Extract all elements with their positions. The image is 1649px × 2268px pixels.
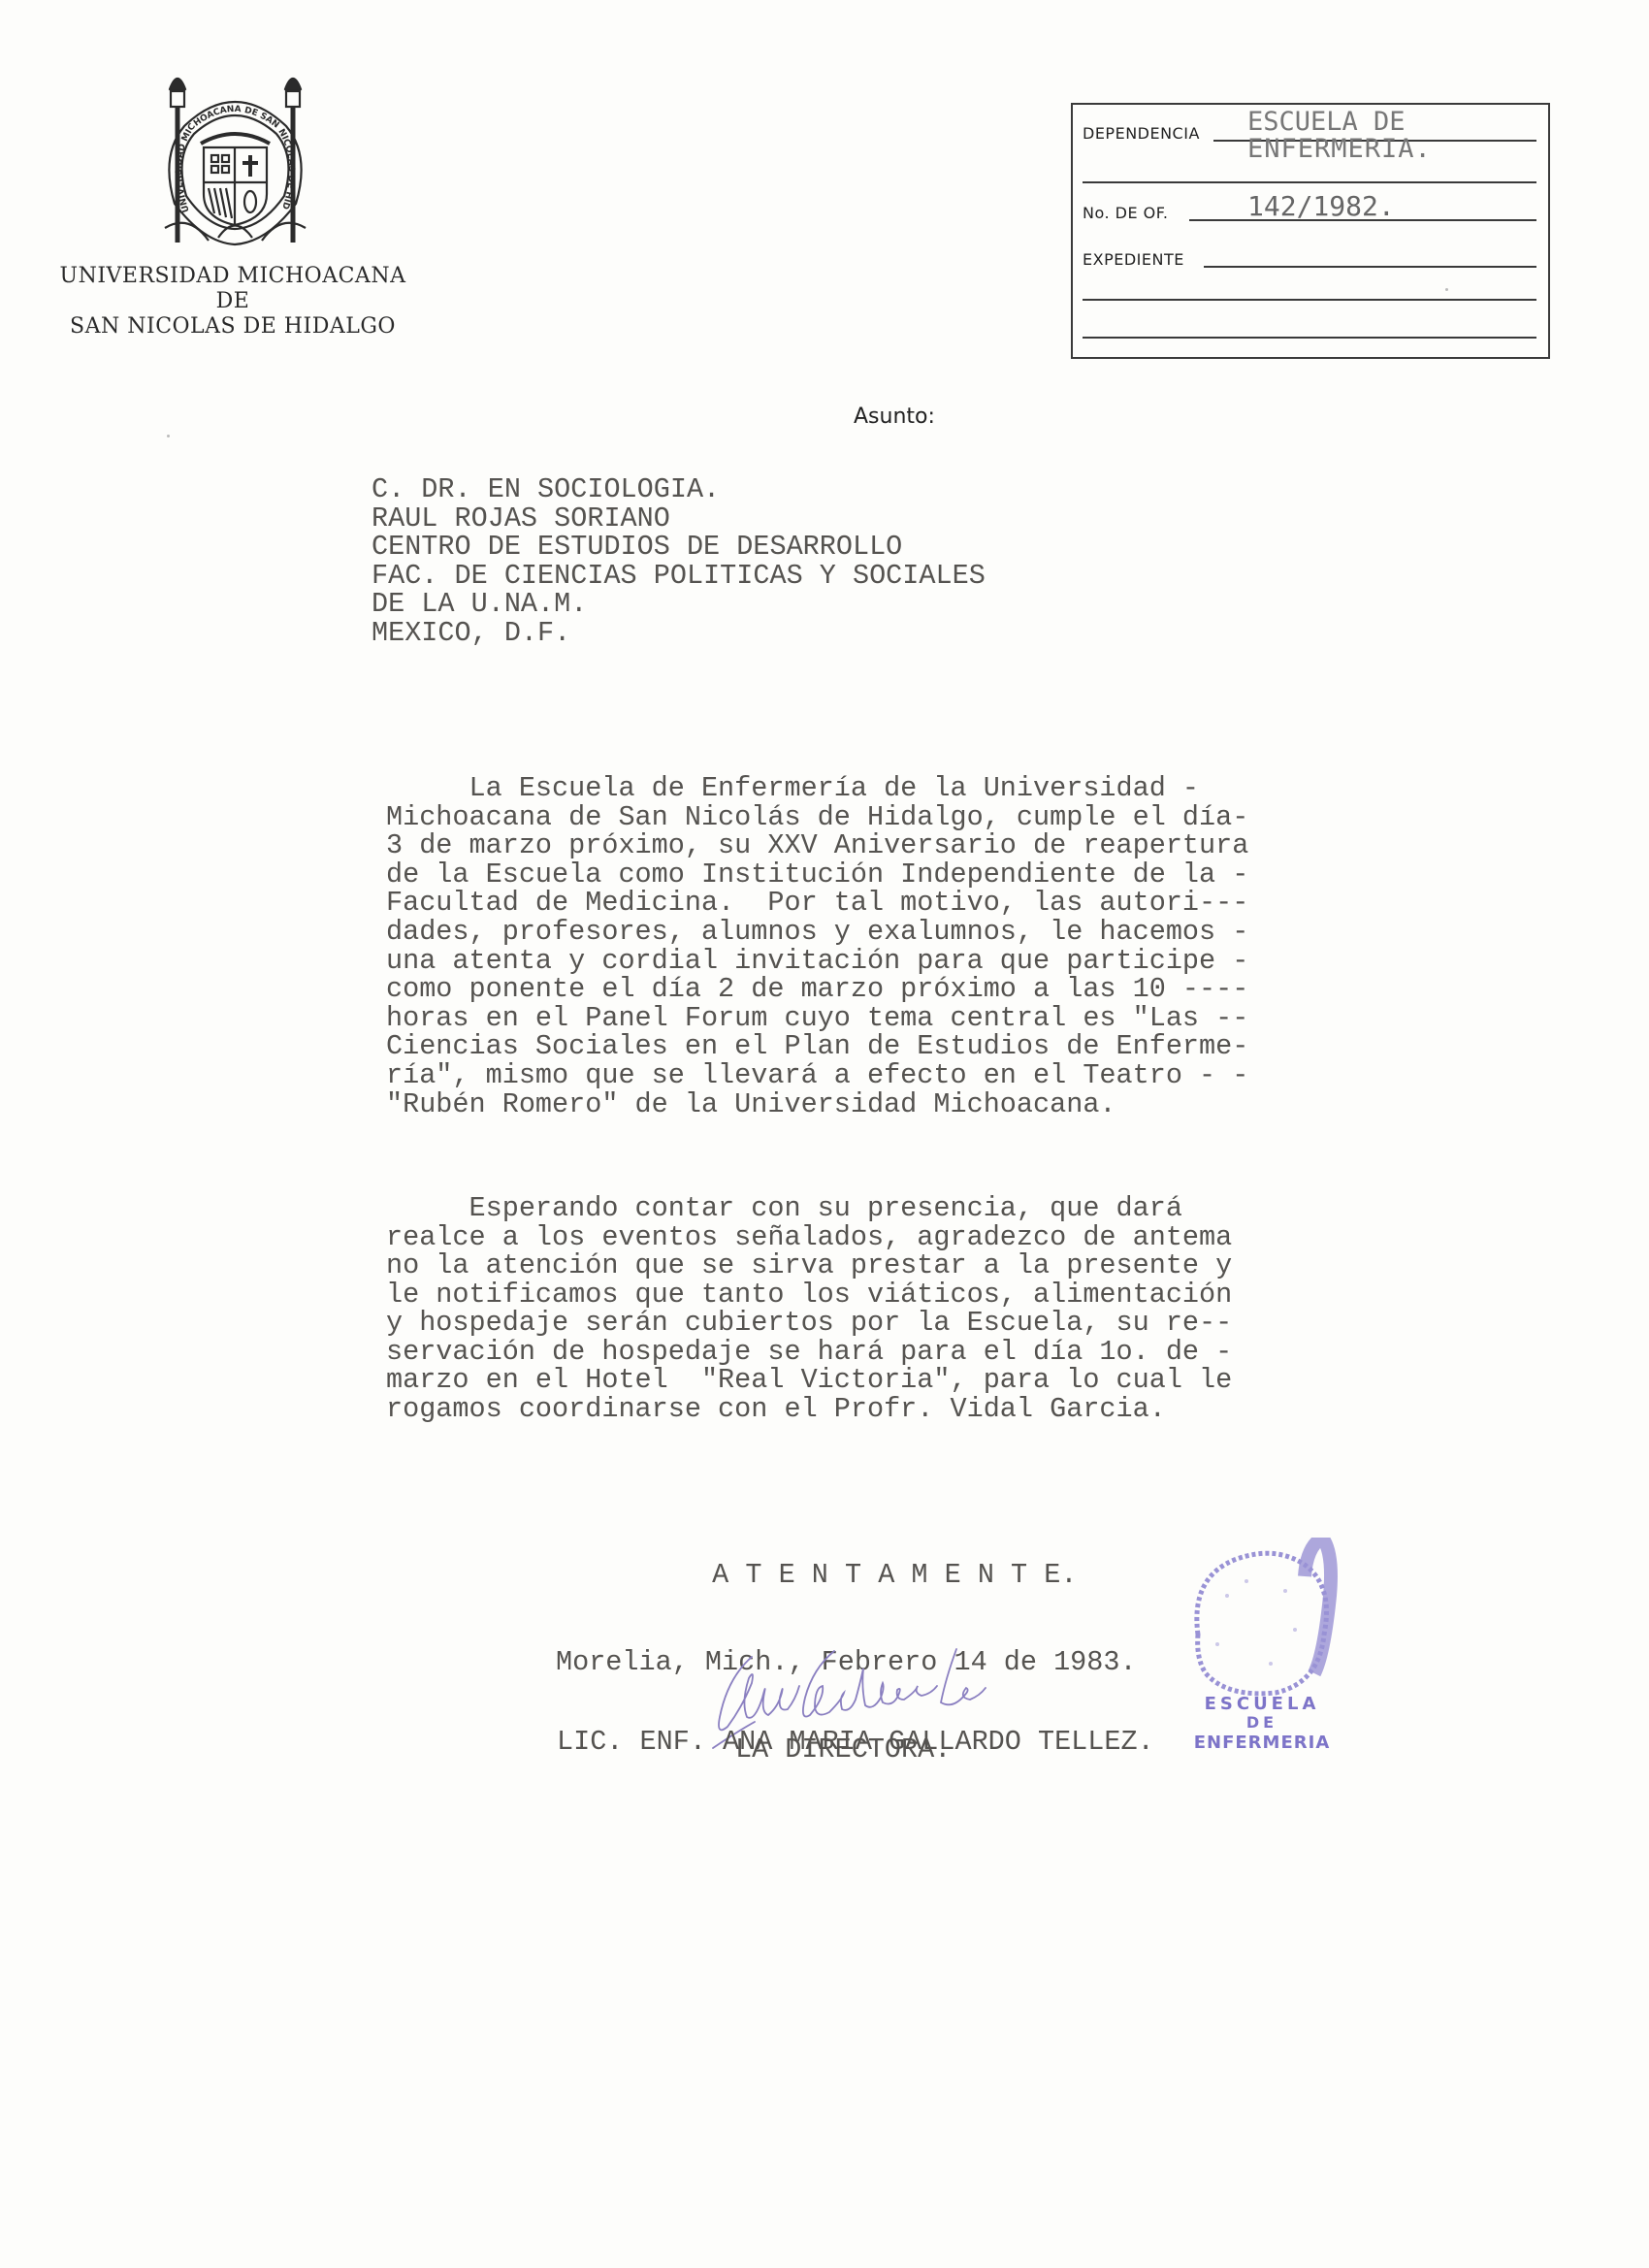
university-crest-icon: UNIVERSIDAD MICHOACANA DE SAN NICOLAS DE… xyxy=(150,68,320,257)
body-line: rogamos coordinarse con el Profr. Vidal … xyxy=(386,1395,1232,1424)
reference-box: DEPENDENCIA ESCUELA DE ENFERMERIA. No. D… xyxy=(1071,103,1550,359)
blank-line-2 xyxy=(1083,337,1536,339)
oficio-label: No. DE OF. xyxy=(1083,204,1170,222)
body-line: "Rubén Romero" de la Universidad Michoac… xyxy=(386,1090,1248,1119)
addressee-line: MEXICO, D.F. xyxy=(372,619,986,648)
body-line: horas en el Panel Forum cuyo tema centra… xyxy=(386,1004,1248,1033)
body-line: La Escuela de Enfermería de la Universid… xyxy=(386,774,1248,803)
stamp-text-line-3: ENFERMERIA xyxy=(1160,1733,1364,1753)
body-paragraph-2: Esperando contar con su presencia, que d… xyxy=(386,1194,1232,1423)
dependencia-field: DEPENDENCIA ESCUELA DE ENFERMERIA. xyxy=(1083,105,1536,192)
signer-name: LIC. ENF. ANA MARIA GALLARDO TELLEZ. xyxy=(557,1728,1154,1757)
university-name-line-3: SAN NICOLAS DE HIDALGO xyxy=(39,314,427,340)
body-line: Ciencias Sociales en el Plan de Estudios… xyxy=(386,1032,1248,1061)
addressee-line: RAUL ROJAS SORIANO xyxy=(372,504,986,534)
body-paragraph-1: La Escuela de Enfermería de la Universid… xyxy=(386,774,1248,1118)
body-line: marzo en el Hotel "Real Victoria", para … xyxy=(386,1366,1232,1395)
body-line: Esperando contar con su presencia, que d… xyxy=(386,1194,1232,1223)
stamp-text-line-1: ESCUELA xyxy=(1160,1694,1364,1714)
body-line: y hospedaje serán cubiertos por la Escue… xyxy=(386,1309,1232,1338)
asunto-label: Asunto: xyxy=(854,405,935,429)
addressee-block: C. DR. EN SOCIOLOGIA.RAUL ROJAS SORIANOC… xyxy=(372,475,986,647)
addressee-line: DE LA U.NA.M. xyxy=(372,590,986,619)
university-name: UNIVERSIDAD MICHOACANA DE SAN NICOLAS DE… xyxy=(39,264,427,340)
body-line: Michoacana de San Nicolás de Hidalgo, cu… xyxy=(386,803,1248,832)
addressee-line: CENTRO DE ESTUDIOS DE DESARROLLO xyxy=(372,533,986,562)
body-line: no la atención que se sirva prestar a la… xyxy=(386,1251,1232,1280)
dependencia-value-line-2: ENFERMERIA. xyxy=(1247,134,1432,164)
paper-speck xyxy=(1445,288,1448,291)
closing-salutation: A T E N T A M E N T E. xyxy=(556,1561,1137,1590)
body-line: ría", mismo que se llevará a efecto en e… xyxy=(386,1061,1248,1090)
expediente-underline xyxy=(1204,266,1536,268)
body-line: de la Escuela como Institución Independi… xyxy=(386,860,1248,890)
body-line: 3 de marzo próximo, su XXV Aniversario d… xyxy=(386,831,1248,860)
university-name-line-1: UNIVERSIDAD MICHOACANA xyxy=(39,264,427,289)
blank-line-1 xyxy=(1083,299,1536,301)
body-line: dades, profesores, alumnos y exalumnos, … xyxy=(386,918,1248,947)
oficio-field: No. DE OF. 142/1982. xyxy=(1083,192,1536,231)
dependencia-underline-2 xyxy=(1083,181,1536,183)
body-line: como ponente el día 2 de marzo próximo a… xyxy=(386,975,1248,1004)
body-line: una atenta y cordial invitación para que… xyxy=(386,947,1248,976)
addressee-line: C. DR. EN SOCIOLOGIA. xyxy=(372,475,986,504)
body-line: realce a los eventos señalados, agradezc… xyxy=(386,1223,1232,1252)
body-line: servación de hospedaje se hará para el d… xyxy=(386,1338,1232,1367)
oficio-value: 142/1982. xyxy=(1247,190,1395,222)
expediente-label: EXPEDIENTE xyxy=(1083,250,1186,269)
dependencia-value-line-1: ESCUELA DE xyxy=(1247,107,1406,137)
addressee-line: FAC. DE CIENCIAS POLITICAS Y SOCIALES xyxy=(372,562,986,591)
dependencia-label: DEPENDENCIA xyxy=(1083,124,1202,143)
body-line: le notificamos que tanto los viáticos, a… xyxy=(386,1280,1232,1310)
body-line: Facultad de Medicina. Por tal motivo, la… xyxy=(386,889,1248,918)
stamp-text-line-2: DE xyxy=(1160,1713,1364,1732)
paper-speck xyxy=(167,435,170,437)
university-name-line-2: DE xyxy=(39,289,427,314)
expediente-field: EXPEDIENTE xyxy=(1083,250,1536,289)
